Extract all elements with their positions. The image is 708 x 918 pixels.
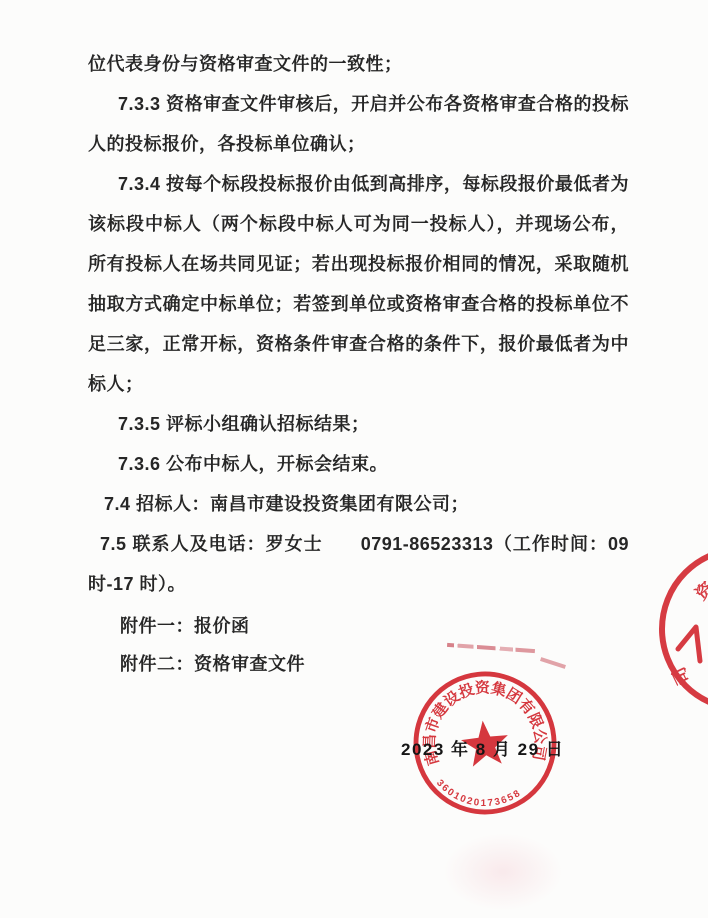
seal-date: 2023 年 8 月 29 日 <box>401 735 564 760</box>
paragraph-continuation: 位代表身份与资格审查文件的一致性； <box>88 44 629 84</box>
attachment-item-2: 附件二：资格审查文件 <box>120 645 305 683</box>
ink-smudge <box>443 833 563 911</box>
paragraph-7-4: 7.4 招标人：南昌市建设投资集团有限公司； <box>88 484 629 524</box>
edge-seal-stroke <box>678 627 700 661</box>
ink-smudge <box>447 643 535 653</box>
body-text: 位代表身份与资格审查文件的一致性； 7.3.3 资格审查文件审核后，开启并公布各… <box>88 44 629 604</box>
edge-seal-ring <box>662 549 708 709</box>
document-page: 位代表身份与资格审查文件的一致性； 7.3.3 资格审查文件审核后，开启并公布各… <box>0 0 708 918</box>
paragraph-7-3-5: 7.3.5 评标小组确认招标结果； <box>88 404 629 444</box>
paragraph-7-3-6: 7.3.6 公布中标人，开标会结束。 <box>88 444 629 484</box>
paragraph-7-5: 7.5 联系人及电话：罗女士 0791-86523313（工作时间：09 时-1… <box>88 524 629 604</box>
edge-seal-partial: 资 司 <box>650 549 708 713</box>
attachments-list: 附件一：报价函 附件二：资格审查文件 <box>120 607 305 683</box>
paragraph-7-3-3: 7.3.3 资格审查文件审核后，开启并公布各资格审查合格的投标人的投标报价，各投… <box>88 84 629 164</box>
attachment-item-1: 附件一：报价函 <box>120 607 305 645</box>
paragraph-7-3-4: 7.3.4 按每个标段投标报价由低到高排序，每标段报价最低者为该标段中标人（两个… <box>88 164 629 404</box>
edge-seal-fragment: 资 <box>691 577 708 604</box>
